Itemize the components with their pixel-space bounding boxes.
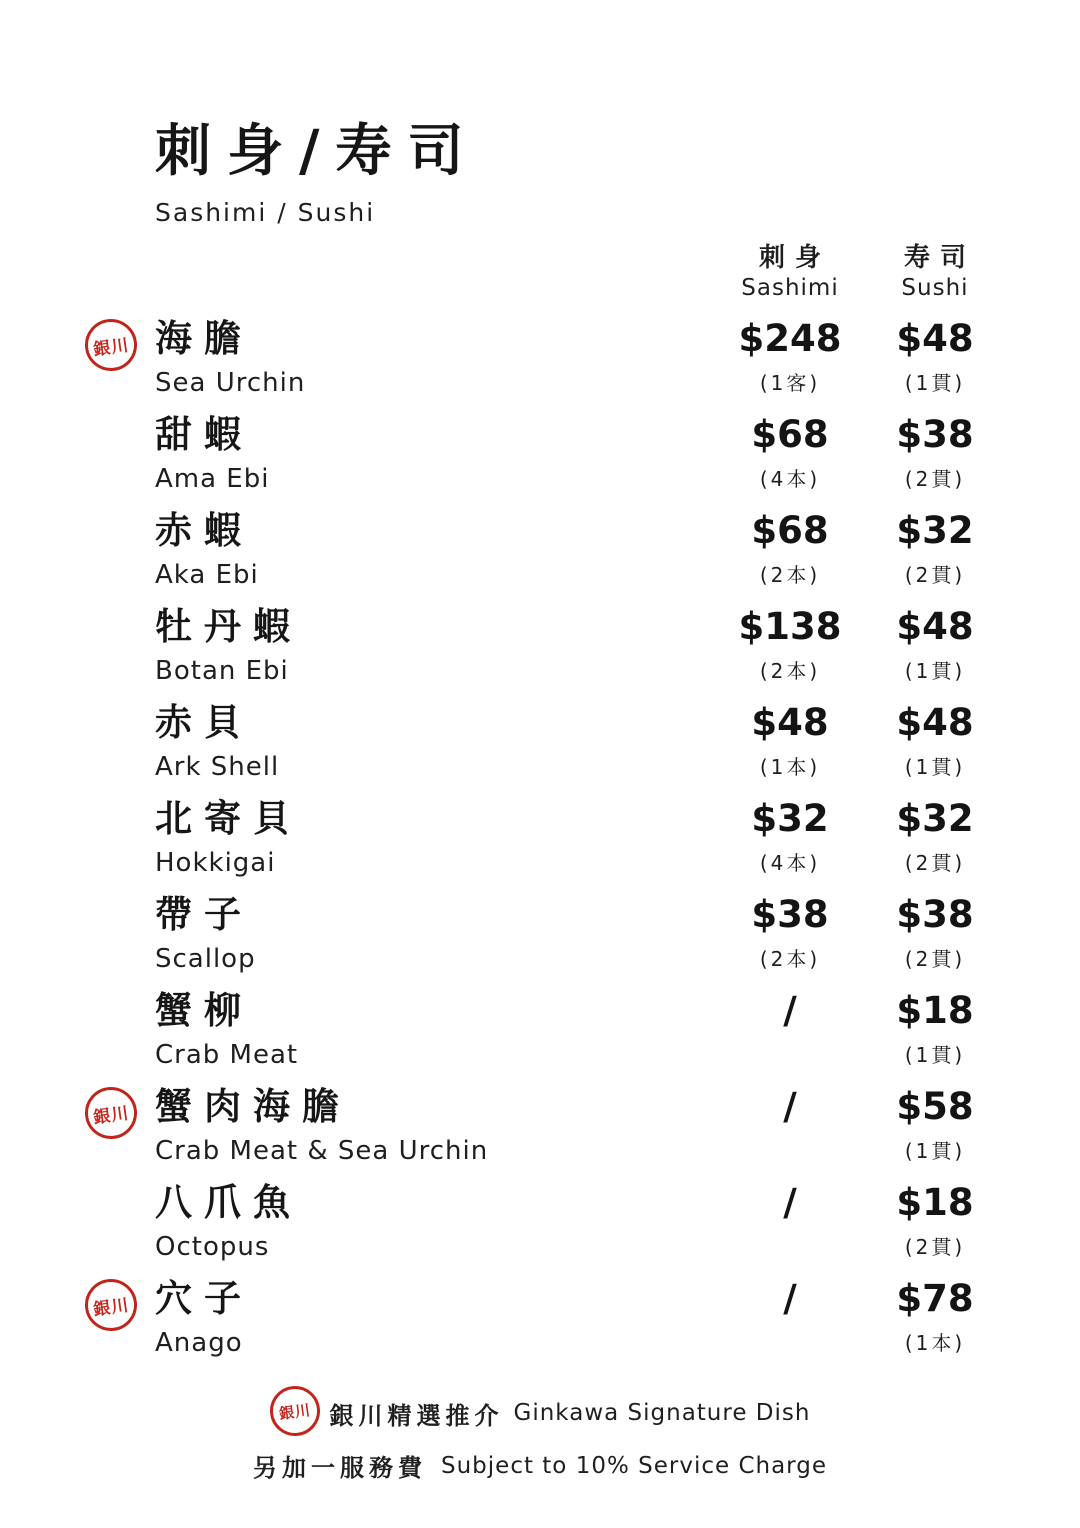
item-sushi-qty: (2貫)	[880, 940, 990, 978]
item-name: 穴子 Anago	[155, 1274, 700, 1362]
item-sushi-qty: (1貫)	[880, 1132, 990, 1170]
item-name: 赤貝 Ark Shell	[155, 698, 700, 786]
menu-page: 刺身/寿司 Sashimi / Sushi 刺身 Sashimi 寿司 Sush…	[0, 0, 1080, 1362]
menu-item-row: 銀川 穴子 Anago / $78 (1本)	[85, 1274, 1080, 1362]
item-sushi-column: $18 (1貫)	[880, 986, 990, 1074]
item-sushi-qty: (2貫)	[880, 460, 990, 498]
item-name-cn: 帶子	[155, 890, 700, 940]
item-name-en: Crab Meat	[155, 1036, 700, 1074]
menu-item-row: 銀川 八爪魚 Octopus / $18 (2貫)	[85, 1178, 1080, 1266]
item-sushi-column: $48 (1貫)	[880, 602, 990, 690]
item-sashimi-qty: (2本)	[700, 940, 880, 978]
item-name: 帶子 Scallop	[155, 890, 700, 978]
item-sushi-qty: (1貫)	[880, 652, 990, 690]
column-headers: 刺身 Sashimi 寿司 Sushi	[85, 242, 1080, 302]
item-sashimi-price: $38	[700, 890, 880, 940]
item-name: 蟹肉海膽 Crab Meat & Sea Urchin	[155, 1082, 700, 1170]
item-sushi-qty: (1貫)	[880, 748, 990, 786]
item-name: 北寄貝 Hokkigai	[155, 794, 700, 882]
item-sashimi-qty: (1客)	[700, 364, 880, 402]
footer-service-charge-note-en: Subject to 10% Service Charge	[441, 1453, 827, 1479]
item-sashimi-column: $38 (2本)	[700, 890, 880, 978]
item-sushi-price: $32	[880, 794, 990, 844]
item-sushi-column: $48 (1貫)	[880, 314, 990, 402]
signature-stamp-cell: 銀川	[85, 986, 155, 1043]
item-sushi-column: $58 (1貫)	[880, 1082, 990, 1170]
column-header-sushi-cn: 寿司	[880, 242, 990, 274]
item-sashimi-qty: (2本)	[700, 652, 880, 690]
item-sashimi-column: /	[700, 986, 880, 1036]
signature-stamp-icon: 銀川	[83, 317, 139, 373]
footer-signature-note-en: Ginkawa Signature Dish	[514, 1400, 811, 1426]
signature-stamp-icon: 銀川	[83, 1085, 139, 1141]
item-sushi-column: $32 (2貫)	[880, 794, 990, 882]
signature-stamp-text: 銀川	[91, 330, 130, 360]
signature-stamp-cell: 銀川	[85, 506, 155, 563]
item-sashimi-price: /	[700, 986, 880, 1036]
item-name-cn: 八爪魚	[155, 1178, 700, 1228]
menu-item-row: 銀川 海膽 Sea Urchin $248 (1客) $48 (1貫)	[85, 314, 1080, 402]
item-sashimi-column: /	[700, 1274, 880, 1324]
item-name-en: Botan Ebi	[155, 652, 700, 690]
signature-stamp-icon: 銀川	[267, 1384, 321, 1438]
item-name-cn: 牡丹蝦	[155, 602, 700, 652]
footer-service-charge-note: 另加一服務費 Subject to 10% Service Charge	[253, 1448, 827, 1483]
item-sashimi-price: /	[700, 1274, 880, 1324]
item-name-en: Octopus	[155, 1228, 700, 1266]
item-sushi-qty: (2貫)	[880, 844, 990, 882]
item-sashimi-price: $48	[700, 698, 880, 748]
signature-stamp-icon: 銀川	[83, 1277, 139, 1333]
signature-stamp-text: 銀川	[277, 1398, 312, 1423]
item-sushi-price: $32	[880, 506, 990, 556]
item-sashimi-column: /	[700, 1082, 880, 1132]
item-name-en: Ama Ebi	[155, 460, 700, 498]
menu-item-list: 銀川 海膽 Sea Urchin $248 (1客) $48 (1貫) 銀川 甜…	[85, 314, 1080, 1362]
item-sushi-qty: (1貫)	[880, 1036, 990, 1074]
item-sushi-qty: (2貫)	[880, 1228, 990, 1266]
item-sashimi-qty: (2本)	[700, 556, 880, 594]
signature-stamp-cell: 銀川	[85, 794, 155, 851]
item-name-cn: 海膽	[155, 314, 700, 364]
item-sushi-column: $78 (1本)	[880, 1274, 990, 1362]
page-footer: 銀川 銀川精選推介 Ginkawa Signature Dish 另加一服務費 …	[0, 1386, 1080, 1483]
item-sashimi-column: $68 (2本)	[700, 506, 880, 594]
menu-item-row: 銀川 赤蝦 Aka Ebi $68 (2本) $32 (2貫)	[85, 506, 1080, 594]
item-name-cn: 蟹柳	[155, 986, 700, 1036]
item-sashimi-qty: (1本)	[700, 748, 880, 786]
item-sashimi-price: $248	[700, 314, 880, 364]
signature-stamp-cell: 銀川	[85, 1082, 155, 1139]
item-sushi-column: $48 (1貫)	[880, 698, 990, 786]
item-sushi-price: $18	[880, 986, 990, 1036]
item-sashimi-column: /	[700, 1178, 880, 1228]
item-name-cn: 蟹肉海膽	[155, 1082, 700, 1132]
page-subtitle: Sashimi / Sushi	[155, 198, 1080, 228]
item-sashimi-price: $68	[700, 410, 880, 460]
menu-item-row: 銀川 牡丹蝦 Botan Ebi $138 (2本) $48 (1貫)	[85, 602, 1080, 690]
item-sushi-qty: (2貫)	[880, 556, 990, 594]
menu-item-row: 銀川 帶子 Scallop $38 (2本) $38 (2貫)	[85, 890, 1080, 978]
footer-signature-note-cn: 銀川精選推介	[330, 1396, 504, 1431]
signature-stamp-text: 銀川	[91, 1290, 130, 1320]
item-sushi-price: $48	[880, 314, 990, 364]
signature-stamp-cell: 銀川	[85, 1274, 155, 1331]
menu-item-row: 銀川 蟹柳 Crab Meat / $18 (1貫)	[85, 986, 1080, 1074]
menu-item-row: 銀川 赤貝 Ark Shell $48 (1本) $48 (1貫)	[85, 698, 1080, 786]
item-sashimi-price: $68	[700, 506, 880, 556]
item-name-cn: 北寄貝	[155, 794, 700, 844]
item-sushi-qty: (1貫)	[880, 364, 990, 402]
menu-item-row: 銀川 甜蝦 Ama Ebi $68 (4本) $38 (2貫)	[85, 410, 1080, 498]
item-name: 赤蝦 Aka Ebi	[155, 506, 700, 594]
signature-stamp-cell: 銀川	[85, 1178, 155, 1235]
menu-item-row: 銀川 蟹肉海膽 Crab Meat & Sea Urchin / $58 (1貫…	[85, 1082, 1080, 1170]
item-sashimi-column: $32 (4本)	[700, 794, 880, 882]
column-header-sushi-en: Sushi	[880, 274, 990, 302]
signature-stamp-cell: 銀川	[85, 602, 155, 659]
item-sushi-qty: (1本)	[880, 1324, 990, 1362]
column-header-sashimi-cn: 刺身	[700, 242, 880, 274]
item-sashimi-column: $68 (4本)	[700, 410, 880, 498]
item-sushi-column: $38 (2貫)	[880, 410, 990, 498]
item-sashimi-qty: (4本)	[700, 460, 880, 498]
item-name: 甜蝦 Ama Ebi	[155, 410, 700, 498]
item-sashimi-price: /	[700, 1082, 880, 1132]
item-sushi-price: $78	[880, 1274, 990, 1324]
item-name-cn: 赤蝦	[155, 506, 700, 556]
item-name: 牡丹蝦 Botan Ebi	[155, 602, 700, 690]
item-sushi-price: $38	[880, 410, 990, 460]
item-sushi-column: $38 (2貫)	[880, 890, 990, 978]
item-name: 八爪魚 Octopus	[155, 1178, 700, 1266]
signature-stamp-cell: 銀川	[85, 314, 155, 371]
item-sushi-column: $32 (2貫)	[880, 506, 990, 594]
item-sashimi-price: $32	[700, 794, 880, 844]
item-name-en: Sea Urchin	[155, 364, 700, 402]
item-name-en: Scallop	[155, 940, 700, 978]
item-name-en: Ark Shell	[155, 748, 700, 786]
item-sushi-price: $38	[880, 890, 990, 940]
item-name-en: Anago	[155, 1324, 700, 1362]
signature-stamp-cell: 銀川	[85, 890, 155, 947]
item-sushi-column: $18 (2貫)	[880, 1178, 990, 1266]
item-sashimi-price: /	[700, 1178, 880, 1228]
signature-stamp-text: 銀川	[91, 1098, 130, 1128]
item-name-en: Aka Ebi	[155, 556, 700, 594]
item-sushi-price: $48	[880, 602, 990, 652]
item-name-cn: 甜蝦	[155, 410, 700, 460]
item-sashimi-column: $248 (1客)	[700, 314, 880, 402]
column-header-sashimi: 刺身 Sashimi	[700, 242, 880, 302]
signature-stamp-cell: 銀川	[85, 698, 155, 755]
menu-item-row: 銀川 北寄貝 Hokkigai $32 (4本) $32 (2貫)	[85, 794, 1080, 882]
item-name-en: Crab Meat & Sea Urchin	[155, 1132, 700, 1170]
item-name-cn: 穴子	[155, 1274, 700, 1324]
column-header-sushi: 寿司 Sushi	[880, 242, 990, 302]
item-sashimi-column: $48 (1本)	[700, 698, 880, 786]
column-header-sashimi-en: Sashimi	[700, 274, 880, 302]
item-sashimi-column: $138 (2本)	[700, 602, 880, 690]
footer-signature-note: 銀川 銀川精選推介 Ginkawa Signature Dish	[270, 1386, 811, 1440]
page-title: 刺身/寿司	[155, 118, 1080, 186]
item-sushi-price: $18	[880, 1178, 990, 1228]
item-sashimi-price: $138	[700, 602, 880, 652]
item-sashimi-qty: (4本)	[700, 844, 880, 882]
item-name-cn: 赤貝	[155, 698, 700, 748]
item-sushi-price: $58	[880, 1082, 990, 1132]
signature-stamp-cell: 銀川	[85, 410, 155, 467]
item-name: 海膽 Sea Urchin	[155, 314, 700, 402]
item-name: 蟹柳 Crab Meat	[155, 986, 700, 1074]
item-name-en: Hokkigai	[155, 844, 700, 882]
footer-service-charge-note-cn: 另加一服務費	[253, 1448, 427, 1483]
item-sushi-price: $48	[880, 698, 990, 748]
